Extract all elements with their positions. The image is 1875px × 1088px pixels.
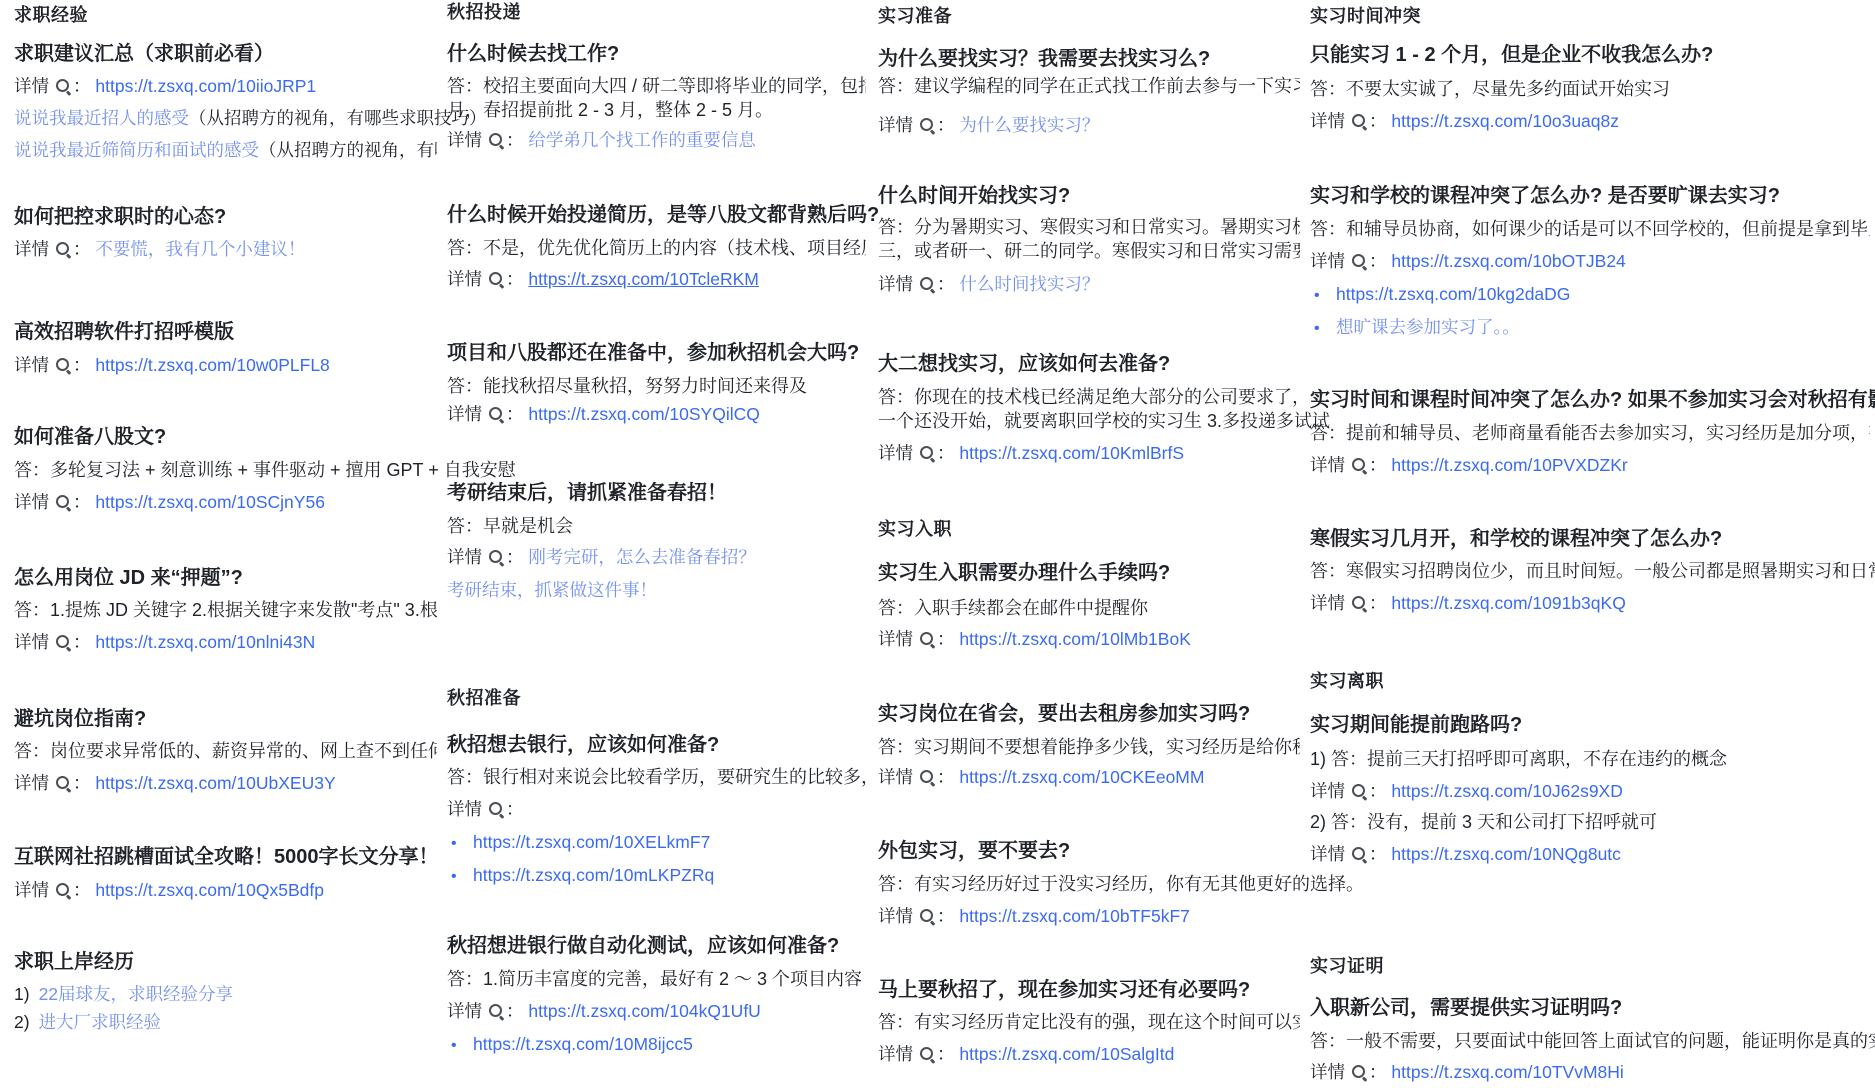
detail-url-link[interactable]: https://t.zsxq.com/10mLKPZRq (473, 865, 714, 885)
detail-text-link[interactable]: 想旷课去参加实习了。。 (1336, 317, 1520, 337)
detail-colon: ： (506, 1001, 524, 1021)
detail-url-link[interactable]: https://t.zsxq.com/10iioJRP1 (95, 76, 316, 96)
detail-row: 详情： https://t.zsxq.com/10bTF5kF7 (878, 904, 1190, 928)
question-heading: 实习岗位在省会，要出去租房参加实习吗? (878, 702, 1250, 726)
magnifier-icon (1352, 784, 1367, 799)
detail-row: 详情： https://t.zsxq.com/10Qx5Bdfp (14, 878, 324, 902)
detail-row: 详情： https://t.zsxq.com/10J62s9XD (1310, 779, 1623, 803)
detail-url-link[interactable]: https://t.zsxq.com/10Qx5Bdfp (95, 880, 324, 900)
detail-text-link[interactable]: 不要慌，我有几个小建议！ (95, 239, 305, 259)
list-number: 1) (14, 984, 30, 1004)
magnifier-icon (489, 550, 504, 565)
detail-url-link[interactable]: https://t.zsxq.com/10CKEeoMM (959, 767, 1204, 787)
detail-colon: ： (73, 239, 91, 259)
detail-label: 详情 (14, 355, 49, 375)
question-heading: 什么时间开始找实习? (878, 184, 1070, 208)
detail-row: 详情： 为什么要找实习？ (878, 113, 1099, 137)
answer-line: 答：1.简历丰富度的完善，最好有 2 ～ 3 个项目内容 2.学习路线 (447, 967, 866, 991)
question-heading: 为什么要找实习？我需要去找实习么? (878, 47, 1210, 71)
magnifier-icon (1352, 254, 1367, 269)
section-title: 实习证明 (1310, 954, 1384, 978)
detail-label: 详情 (14, 239, 49, 259)
magnifier-icon (489, 802, 504, 817)
detail-text-link[interactable]: 说说我最近招人的感受 (14, 108, 189, 128)
detail-label: 详情 (14, 76, 49, 96)
answer-line: 答：有实习经历好过于没实习经历，你有无其他更好的选择。 (878, 872, 1364, 896)
detail-text-link[interactable]: 说说我最近筛简历和面试的感受 (14, 140, 259, 160)
answer-line: 答：有实习经历肯定比没有的强，现在这个时间可以实习和秋招 (878, 1010, 1300, 1034)
faq-sheet: 求职经验求职建议汇总（求职前必看）详情： https://t.zsxq.com/… (0, 0, 1875, 1088)
answer-line: 三，或者研一、研二的同学。寒假实习和日常实习需要持续关注 (878, 239, 1300, 263)
link-row: 考研结束，抓紧做这件事！ (447, 578, 657, 602)
detail-label: 详情 (1310, 781, 1345, 801)
detail-url-link[interactable]: https://t.zsxq.com/10NQg8utc (1391, 844, 1621, 864)
detail-row: 详情： 不要慌，我有几个小建议！ (14, 237, 305, 261)
detail-row: 详情： https://t.zsxq.com/10o3uaq8z (1310, 109, 1619, 133)
detail-row: 详情： 刚考完研，怎么去准备春招？ (447, 545, 756, 569)
question-heading: 外包实习，要不要去? (878, 839, 1070, 863)
detail-label: 详情 (14, 632, 49, 652)
question-heading: 马上要秋招了，现在参加实习还有必要吗? (878, 978, 1250, 1002)
detail-url-link[interactable]: https://t.zsxq.com/10UbXEU3Y (95, 773, 335, 793)
detail-url-link[interactable]: https://t.zsxq.com/10bOTJB24 (1391, 251, 1625, 271)
detail-colon: ： (1369, 251, 1387, 271)
answer-line: 答：不是，优先优化简历上的内容（技术栈、项目经历），八股 (447, 236, 866, 260)
detail-url-link[interactable]: https://t.zsxq.com/10bTF5kF7 (959, 906, 1190, 926)
question-heading: 互联网社招跳槽面试全攻略！5000字长文分享！ (14, 845, 439, 869)
detail-label: 详情 (447, 799, 482, 819)
question-heading: 寒假实习几月开，和学校的课程冲突了怎么办? (1310, 527, 1722, 551)
section-title: 求职经验 (14, 3, 88, 27)
detail-url-link[interactable]: https://t.zsxq.com/10J62s9XD (1391, 781, 1623, 801)
question-heading: 大二想找实习，应该如何去准备? (878, 352, 1170, 376)
answer-line: 答：建议学编程的同学在正式找工作前去参与一下实习，主要是 (878, 74, 1300, 98)
detail-row: 详情： https://t.zsxq.com/10bOTJB24 (1310, 249, 1626, 273)
magnifier-icon (920, 277, 935, 292)
detail-label: 详情 (14, 880, 49, 900)
detail-colon: ： (506, 547, 524, 567)
magnifier-icon (489, 1004, 504, 1019)
detail-label: 详情 (878, 443, 913, 463)
question-heading: 什么时候去找工作? (447, 42, 619, 66)
magnifier-icon (920, 909, 935, 924)
bullet-row: •https://t.zsxq.com/10M8ijcc5 (447, 1032, 693, 1058)
detail-row: 详情： https://t.zsxq.com/1091b3qKQ (1310, 591, 1626, 615)
answer-line: 答：你现在的技术栈已经满足绝大部分的公司要求了，1.优化简 (878, 385, 1300, 409)
detail-url-link[interactable]: https://t.zsxq.com/10SalgItd (959, 1044, 1174, 1064)
detail-colon: ： (1369, 455, 1387, 475)
section-title: 实习时间冲突 (1310, 4, 1421, 28)
answer-line: 1) 答：提前三天打招呼即可离职，不存在违约的概念 (1310, 747, 1727, 771)
link-row: 说说我最近招人的感受（从招聘方的视角，有哪些求职技巧） (14, 106, 487, 130)
detail-colon: ： (937, 115, 955, 135)
magnifier-icon (489, 133, 504, 148)
detail-text-link[interactable]: 22届球友，求职经验分享 (39, 984, 233, 1004)
detail-colon: ： (1369, 844, 1387, 864)
magnifier-icon (1352, 847, 1367, 862)
bullet-row: •https://t.zsxq.com/10kg2daDG (1310, 282, 1570, 308)
detail-label: 详情 (447, 547, 482, 567)
question-heading: 什么时候开始投递简历，是等八股文都背熟后吗? (447, 203, 879, 227)
detail-url-link[interactable]: https://t.zsxq.com/1091b3qKQ (1391, 593, 1625, 613)
magnifier-icon (56, 495, 71, 510)
magnifier-icon (56, 358, 71, 373)
detail-url-link[interactable]: https://t.zsxq.com/10M8ijcc5 (473, 1034, 693, 1054)
answer-line: 2) 答：没有，提前 3 天和公司打下招呼就可 (1310, 810, 1657, 834)
question-heading: 高效招聘软件打招呼模版 (14, 320, 234, 344)
detail-label: 详情 (1310, 593, 1345, 613)
detail-url-link[interactable]: https://t.zsxq.com/10SYQilCQ (528, 404, 759, 424)
answer-line: 答：寒假实习招聘岗位少，而且时间短。一般公司都是照暑期实习和日常实习的 (1310, 559, 1875, 583)
detail-colon: ： (73, 355, 91, 375)
magnifier-icon (56, 776, 71, 791)
link-row: 说说我最近筛简历和面试的感受（从招聘方的视角，有哪些写简 (14, 138, 437, 162)
section-title: 实习准备 (878, 4, 952, 28)
detail-colon: ： (1369, 593, 1387, 613)
magnifier-icon (920, 118, 935, 133)
detail-text-link[interactable]: 什么时间找实习？ (959, 274, 1099, 294)
detail-label: 详情 (878, 906, 913, 926)
detail-colon: ： (1369, 781, 1387, 801)
detail-colon: ： (937, 767, 955, 787)
detail-row: 详情： https://t.zsxq.com/10iioJRP1 (14, 74, 316, 98)
detail-row: 详情： https://t.zsxq.com/10SYQilCQ (447, 402, 760, 426)
detail-url-link[interactable]: https://t.zsxq.com/10PVXDZKr (1391, 455, 1627, 475)
answer-line: 答：不要太实诚了，尽量先多约面试开始实习 (1310, 77, 1670, 101)
magnifier-icon (1352, 596, 1367, 611)
bullet-dot: • (447, 1034, 473, 1058)
detail-colon: ： (937, 629, 955, 649)
detail-label: 详情 (878, 115, 913, 135)
magnifier-icon (1352, 458, 1367, 473)
bullet-row: •https://t.zsxq.com/10XELkmF7 (447, 830, 710, 856)
detail-row: 详情： https://t.zsxq.com/10TVvM8Hi (1310, 1060, 1624, 1084)
answer-line: 答：入职手续都会在邮件中提醒你 (878, 596, 1148, 620)
question-heading: 考研结束后，请抓紧准备春招！ (447, 481, 727, 505)
detail-text-link[interactable]: 为什么要找实习？ (959, 115, 1099, 135)
answer-line: 答：早就是机会 (447, 514, 573, 538)
list-number: 2) (14, 1012, 30, 1032)
detail-row: 详情： https://t.zsxq.com/10NQg8utc (1310, 842, 1621, 866)
detail-colon: ： (1369, 111, 1387, 131)
question-heading: 如何把控求职时的心态? (14, 205, 226, 229)
detail-label: 详情 (447, 1001, 482, 1021)
detail-colon: ： (73, 880, 91, 900)
detail-label: 详情 (14, 492, 49, 512)
answer-line: 答：提前和辅导员、老师商量看能否去参加实习，实习经历是加分项，有当然更好， (1310, 421, 1870, 445)
answer-line: 答：和辅导员协商，如何课少的话是可以不回学校的，但前提是拿到毕业证为主，实 (1310, 217, 1870, 241)
answer-line: 答：一般不需要，只要面试中能回答上面试官的问题，能证明你是真的实习过即可。 (1310, 1029, 1875, 1053)
answer-line: 答：1.提炼 JD 关键字 2.根据关键字来发散"考点" 3.根据 JD 找到 (14, 598, 437, 622)
detail-url-link[interactable]: https://t.zsxq.com/10kg2daDG (1336, 284, 1570, 304)
question-heading: 避坑岗位指南? (14, 707, 146, 731)
detail-label: 详情 (878, 1044, 913, 1064)
bullet-dot: • (1310, 317, 1336, 341)
answer-line: 月，春招提前批 2 - 3 月，整体 2 - 5 月。 (447, 98, 773, 122)
detail-colon: ： (506, 269, 524, 289)
detail-label: 详情 (1310, 844, 1345, 864)
numbered-link-row: 2)进大厂求职经验 (14, 1010, 161, 1034)
detail-url-link[interactable]: https://t.zsxq.com/10TcleRKM (528, 269, 759, 289)
detail-label: 详情 (1310, 251, 1345, 271)
bullet-dot: • (447, 865, 473, 889)
magnifier-icon (56, 635, 71, 650)
detail-text-link[interactable]: 考研结束，抓紧做这件事！ (447, 580, 657, 600)
detail-row: 详情： https://t.zsxq.com/10CKEeoMM (878, 765, 1204, 789)
answer-line: 一个还没开始，就要离职回学校的实习生 3.多投递多试试 (878, 409, 1330, 433)
detail-text-link[interactable]: 给学弟几个找工作的重要信息 (528, 130, 756, 150)
question-heading: 入职新公司，需要提供实习证明吗? (1310, 996, 1622, 1020)
detail-label: 详情 (447, 269, 482, 289)
detail-colon: ： (937, 274, 955, 294)
answer-line: 答：岗位要求异常低的、薪资异常的、网上查不到任何公司信息 (14, 739, 437, 763)
detail-text-link[interactable]: 进大厂求职经验 (39, 1012, 162, 1032)
detail-row: 详情： https://t.zsxq.com/10w0PLFL8 (14, 353, 330, 377)
detail-url-link[interactable]: https://t.zsxq.com/10SCjnY56 (95, 492, 325, 512)
detail-colon: ： (73, 632, 91, 652)
section-title: 实习入职 (878, 517, 952, 541)
detail-url-link[interactable]: https://t.zsxq.com/10o3uaq8z (1391, 111, 1619, 131)
detail-url-link[interactable]: https://t.zsxq.com/10w0PLFL8 (95, 355, 329, 375)
detail-colon: ： (73, 773, 91, 793)
magnifier-icon (489, 272, 504, 287)
detail-url-link[interactable]: https://t.zsxq.com/10TVvM8Hi (1391, 1062, 1623, 1082)
question-heading: 求职建议汇总（求职前必看） (14, 42, 274, 66)
detail-colon: ： (73, 492, 91, 512)
magnifier-icon (920, 446, 935, 461)
question-heading: 只能实习 1 - 2 个月，但是企业不收我怎么办? (1310, 43, 1713, 67)
detail-url-link[interactable]: https://t.zsxq.com/104kQ1UfU (528, 1001, 760, 1021)
detail-colon: ： (506, 799, 524, 819)
detail-row: 详情： https://t.zsxq.com/10TcleRKM (447, 267, 759, 291)
detail-row: 详情： https://t.zsxq.com/10SalgItd (878, 1042, 1174, 1066)
detail-colon: ： (937, 906, 955, 926)
magnifier-icon (56, 242, 71, 257)
detail-url-link[interactable]: https://t.zsxq.com/10XELkmF7 (473, 832, 710, 852)
question-heading: 实习时间和课程时间冲突了怎么办? 如果不参加实习会对秋招有影响吗? (1310, 388, 1875, 412)
magnifier-icon (56, 79, 71, 94)
detail-row: 详情： 给学弟几个找工作的重要信息 (447, 128, 756, 152)
detail-url-link[interactable]: https://t.zsxq.com/10nlni43N (95, 632, 315, 652)
magnifier-icon (56, 883, 71, 898)
detail-colon: ： (937, 443, 955, 463)
magnifier-icon (1352, 114, 1367, 129)
answer-line: 答：多轮复习法 + 刻意训练 + 事件驱动 + 擅用 GPT + 自我安慰 (14, 458, 516, 482)
detail-row: 详情： https://t.zsxq.com/10nlni43N (14, 630, 315, 654)
bullet-row: •https://t.zsxq.com/10mLKPZRq (447, 863, 714, 889)
section-title: 秋招准备 (447, 686, 521, 710)
detail-row: 详情： 什么时间找实习？ (878, 272, 1099, 296)
link-suffix-text: （从招聘方的视角，有哪些求职技巧） (189, 108, 487, 128)
answer-line: 答：银行相对来说会比较看学历，要研究生的比较多，然后也会 (447, 765, 866, 789)
detail-label: 详情 (1310, 111, 1345, 131)
detail-colon: ： (506, 404, 524, 424)
detail-row: 详情： https://t.zsxq.com/10PVXDZKr (1310, 453, 1628, 477)
question-heading: 如何准备八股文? (14, 425, 166, 449)
section-title: 秋招投递 (447, 0, 521, 24)
question-heading: 项目和八股都还在准备中，参加秋招机会大吗? (447, 341, 859, 365)
question-heading: 实习生入职需要办理什么手续吗? (878, 561, 1170, 585)
question-heading: 秋招想去银行，应该如何准备? (447, 733, 719, 757)
bullet-row: •想旷课去参加实习了。。 (1310, 315, 1520, 341)
detail-text-link[interactable]: 刚考完研，怎么去准备春招？ (528, 547, 756, 567)
detail-row: 详情： https://t.zsxq.com/10lMb1BoK (878, 627, 1191, 651)
magnifier-icon (920, 632, 935, 647)
magnifier-icon (920, 1047, 935, 1062)
detail-colon: ： (506, 130, 524, 150)
answer-line: 答：实习期间不要想着能挣多少钱，实习经历是给你秋招加分的 (878, 735, 1300, 759)
detail-colon: ： (937, 1044, 955, 1064)
question-heading: 实习和学校的课程冲突了怎么办? 是否要旷课去实习? (1310, 184, 1780, 208)
detail-url-link[interactable]: https://t.zsxq.com/10lMb1BoK (959, 629, 1191, 649)
bullet-dot: • (447, 832, 473, 856)
numbered-link-row: 1)22届球友，求职经验分享 (14, 982, 233, 1006)
detail-label: 详情 (14, 773, 49, 793)
question-heading: 实习期间能提前跑路吗? (1310, 713, 1522, 737)
magnifier-icon (1352, 1065, 1367, 1080)
detail-url-link[interactable]: https://t.zsxq.com/10KmlBrfS (959, 443, 1184, 463)
link-suffix-text: （从招聘方的视角，有哪些写简 (259, 140, 437, 160)
detail-row: 详情： https://t.zsxq.com/10SCjnY56 (14, 490, 325, 514)
question-heading: 求职上岸经历 (14, 950, 134, 974)
detail-label: 详情 (878, 629, 913, 649)
answer-line: 答：能找秋招尽量秋招，努努力时间还来得及 (447, 374, 807, 398)
detail-row: 详情： https://t.zsxq.com/104kQ1UfU (447, 999, 761, 1023)
detail-label: 详情 (1310, 1062, 1345, 1082)
answer-line: 答：校招主要面向大四 / 研二等即将毕业的同学，包括秋招和春 (447, 74, 866, 98)
detail-label: 详情 (447, 404, 482, 424)
question-heading: 怎么用岗位 JD 来“押题”? (14, 566, 243, 590)
detail-label: 详情 (447, 130, 482, 150)
magnifier-icon (489, 407, 504, 422)
bullet-dot: • (1310, 284, 1336, 308)
detail-colon: ： (73, 76, 91, 96)
detail-label: 详情 (878, 767, 913, 787)
question-heading: 秋招想进银行做自动化测试，应该如何准备? (447, 934, 839, 958)
section-title: 实习离职 (1310, 669, 1384, 693)
magnifier-icon (920, 770, 935, 785)
detail-label: 详情 (1310, 455, 1345, 475)
detail-colon: ： (1369, 1062, 1387, 1082)
answer-line: 答：分为暑期实习、寒假实习和日常实习。暑期实习机会最多， (878, 215, 1300, 239)
detail-row: 详情： https://t.zsxq.com/10UbXEU3Y (14, 771, 336, 795)
detail-row: 详情： https://t.zsxq.com/10KmlBrfS (878, 441, 1184, 465)
detail-row: 详情： (447, 797, 524, 821)
detail-label: 详情 (878, 274, 913, 294)
